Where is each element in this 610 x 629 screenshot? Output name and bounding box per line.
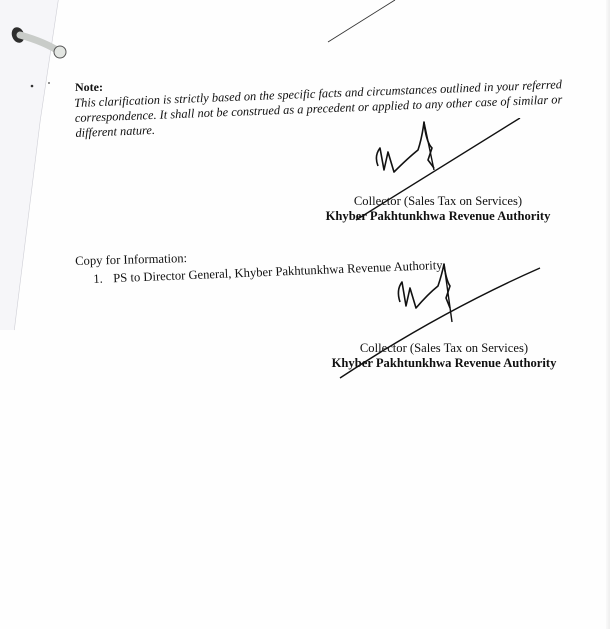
signatory-title: Collector (Sales Tax on Services)	[322, 194, 554, 209]
signatory-organization: Khyber Pakhtunkhwa Revenue Authority	[322, 209, 554, 224]
page-edge	[606, 0, 610, 629]
document-page: Note: This clarification is strictly bas…	[0, 0, 610, 629]
copy-for-information-heading: Copy for Information:	[75, 251, 187, 269]
note-heading: Note:	[75, 80, 103, 95]
note-body: This clarification is strictly based on …	[74, 77, 565, 141]
list-item-number: 1.	[93, 271, 114, 287]
signatory-organization: Khyber Pakhtunkhwa Revenue Authority	[328, 356, 560, 371]
signatory-block: Collector (Sales Tax on Services) Khyber…	[328, 341, 560, 371]
signatory-title: Collector (Sales Tax on Services)	[328, 341, 560, 356]
signatory-block: Collector (Sales Tax on Services) Khyber…	[322, 194, 554, 224]
staple-icon	[10, 25, 66, 58]
